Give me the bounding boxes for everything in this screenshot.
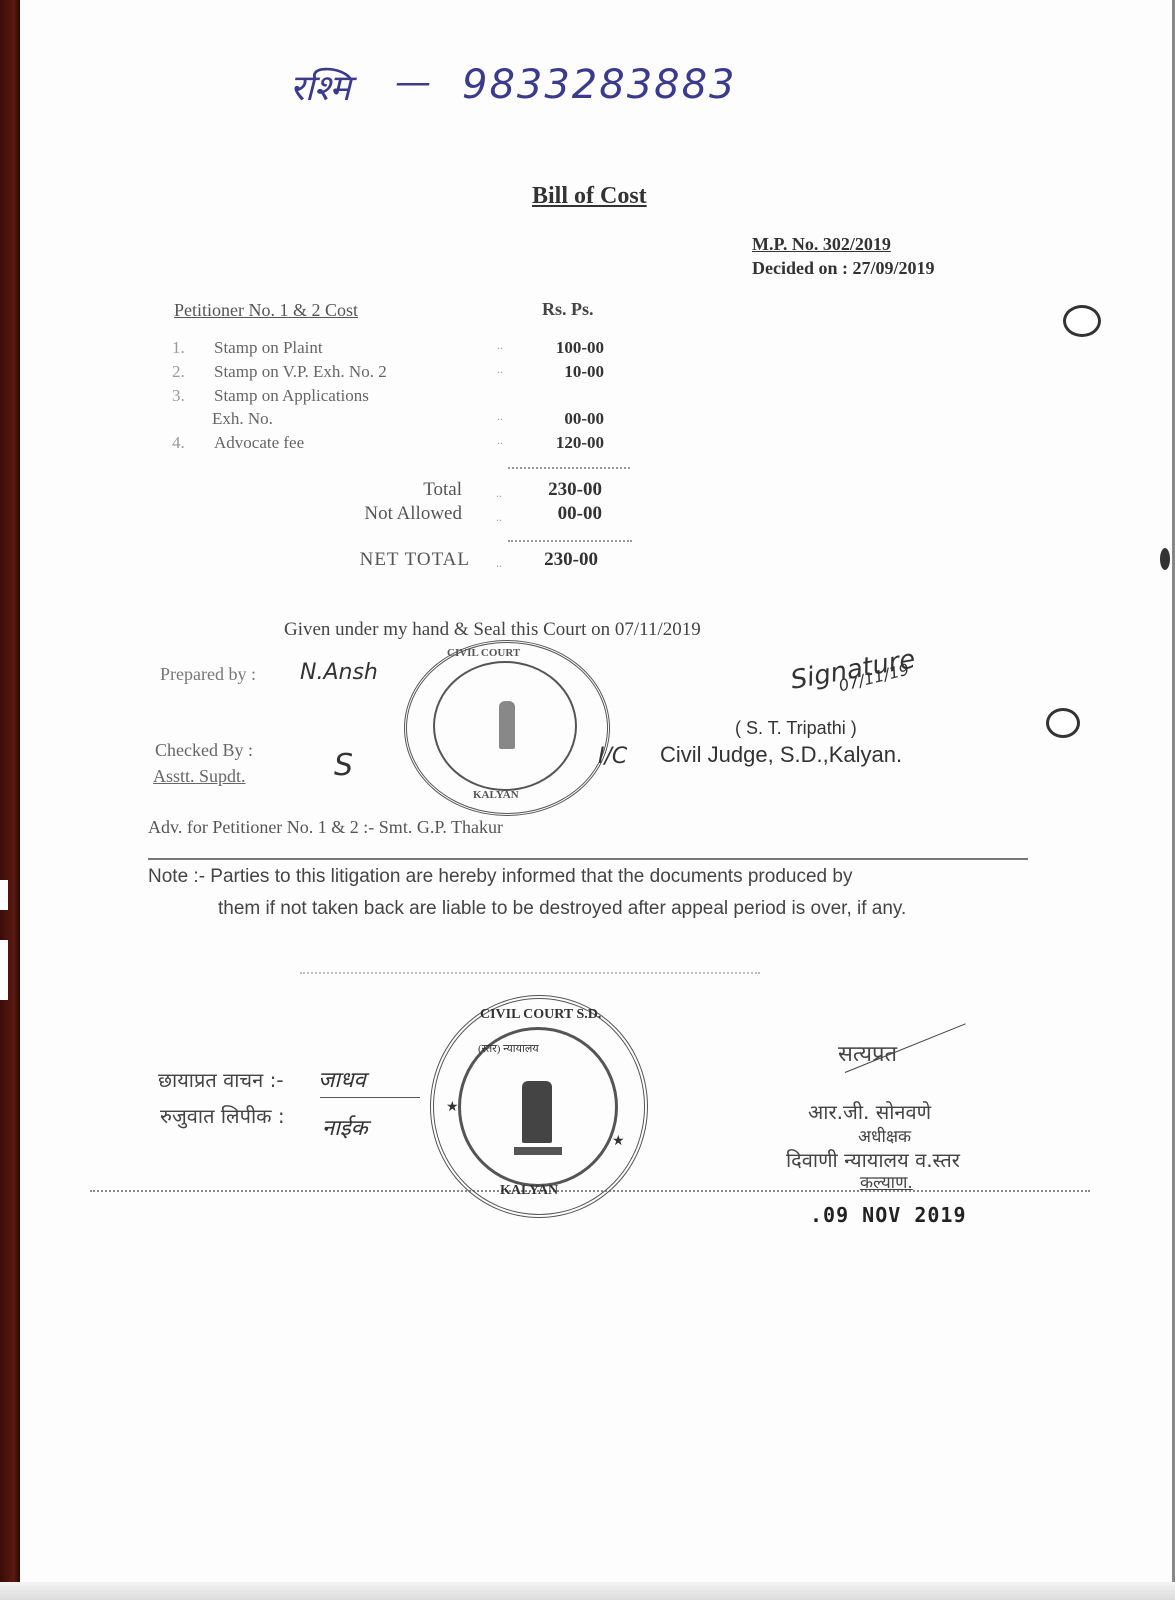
not-allowed-value: 00-00 bbox=[512, 503, 602, 525]
certifier-place: कल्याण. bbox=[860, 1170, 913, 1193]
judge-prefix: I/C bbox=[598, 744, 627, 769]
copy-read-value: जाधव bbox=[318, 1064, 366, 1094]
net-total-value: 230-00 bbox=[508, 549, 598, 571]
certified-stamp-date: .09 NOV 2019 bbox=[810, 1203, 967, 1227]
not-allowed-dots: .. bbox=[496, 510, 502, 525]
punch-hole-icon bbox=[1046, 708, 1080, 738]
prepared-by-signature: N.Ansh bbox=[300, 660, 378, 685]
divider bbox=[300, 972, 760, 974]
cost-item: 3. Stamp on Applications bbox=[172, 386, 632, 410]
cost-item: Exh. No. .. 00-00 bbox=[172, 409, 632, 433]
checked-by-label: Checked By : bbox=[155, 740, 253, 761]
copy-read-label: छायाप्रत वाचन :- bbox=[158, 1066, 284, 1093]
note-line-1: Note :- Parties to this litigation are h… bbox=[148, 866, 852, 888]
judge-designation: Civil Judge, S.D.,Kalyan. bbox=[660, 742, 902, 768]
handwritten-phone: 9833283883 bbox=[462, 62, 737, 108]
divider bbox=[508, 467, 630, 469]
divider bbox=[508, 540, 632, 542]
not-allowed-label: Not Allowed bbox=[232, 503, 462, 525]
cost-item: 2. Stamp on V.P. Exh. No. 2 .. 10-00 bbox=[172, 362, 632, 386]
given-under-seal: Given under my hand & Seal this Court on… bbox=[284, 619, 701, 641]
verifying-clerk-label: रुजुवात लिपीक : bbox=[160, 1102, 285, 1129]
total-label: Total bbox=[232, 479, 462, 501]
note-line-2: them if not taken back are liable to be … bbox=[218, 898, 906, 920]
verifying-clerk-value: नाईक bbox=[322, 1112, 368, 1142]
net-total-label: NET TOTAL bbox=[240, 549, 470, 571]
certifier-title: अधीक्षक bbox=[858, 1124, 911, 1147]
total-dots: .. bbox=[496, 486, 502, 501]
mp-number: M.P. No. 302/2019 bbox=[752, 232, 935, 256]
currency-heading: Rs. Ps. bbox=[542, 299, 594, 320]
scan-edge-notch bbox=[0, 940, 8, 1000]
scan-edge-bottom bbox=[0, 1582, 1175, 1600]
judge-name: ( S. T. Tripathi ) bbox=[735, 718, 857, 739]
cost-item: 4. Advocate fee .. 120-00 bbox=[172, 433, 632, 457]
scan-edge-left bbox=[0, 0, 20, 1600]
certifier-name: आर.जी. सोनवणे bbox=[808, 1098, 931, 1125]
net-total-dots: .. bbox=[496, 556, 502, 571]
prepared-by-label: Prepared by : bbox=[160, 664, 256, 685]
divider bbox=[148, 858, 1028, 860]
checked-by-role: Asstt. Supdt. bbox=[153, 766, 246, 787]
handwritten-dash: — bbox=[395, 62, 431, 103]
cost-heading: Petitioner No. 1 & 2 Cost bbox=[174, 300, 358, 321]
punch-hole-icon bbox=[1063, 305, 1101, 337]
court-seal-upper: CIVIL COURT KALYAN bbox=[404, 640, 610, 816]
cost-item: 1. Stamp on Plaint .. 100-00 bbox=[172, 338, 632, 362]
punch-hole-icon bbox=[1160, 548, 1170, 570]
certifier-office: दिवाणी न्यायालय व.स्तर bbox=[786, 1146, 960, 1173]
handwritten-name: रश्मि bbox=[290, 62, 351, 111]
checked-by-initial: S bbox=[334, 748, 353, 783]
scan-edge-notch bbox=[0, 880, 8, 910]
court-seal-lower: CIVIL COURT S.D. (स्तर) न्यायालय KALYAN … bbox=[430, 995, 648, 1218]
decided-on: Decided on : 27/09/2019 bbox=[752, 256, 935, 280]
total-value: 230-00 bbox=[512, 479, 602, 501]
document-title: Bill of Cost bbox=[532, 183, 647, 210]
advocate-line: Adv. for Petitioner No. 1 & 2 :- Smt. G.… bbox=[148, 817, 503, 838]
signature-stroke bbox=[320, 1097, 420, 1098]
